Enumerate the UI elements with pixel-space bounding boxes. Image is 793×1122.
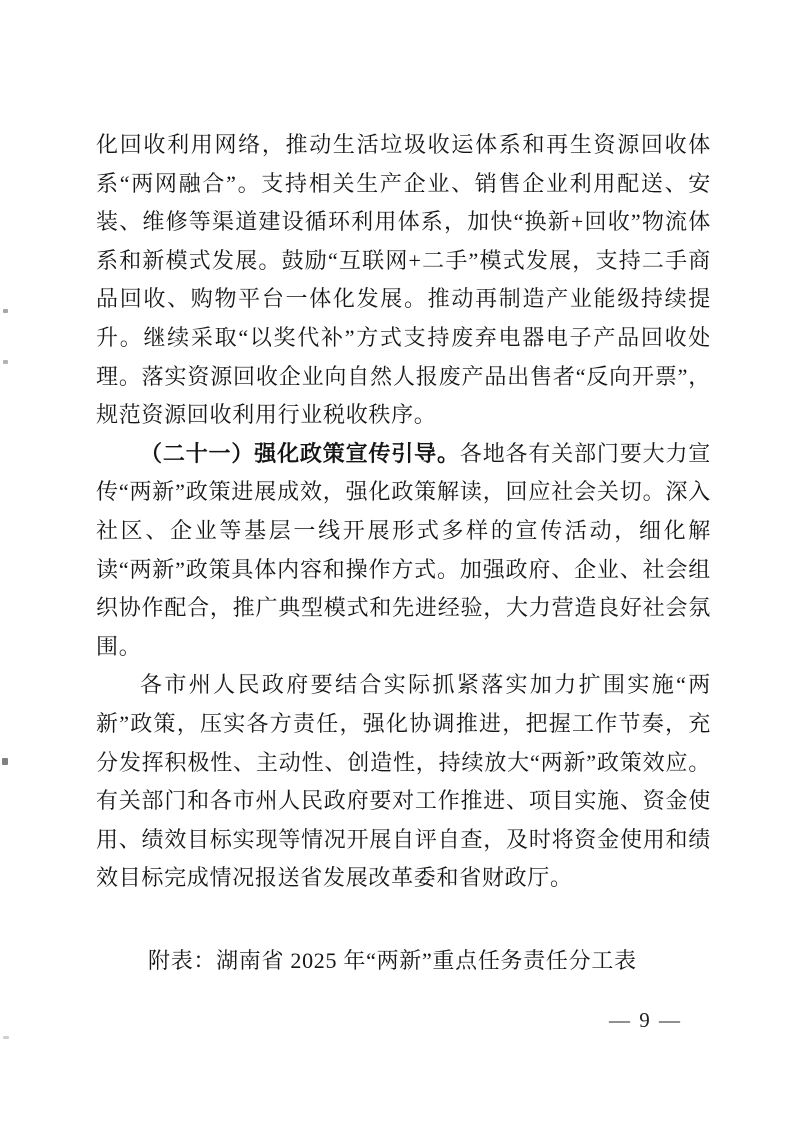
document-page: 化回收利用网络，推动生活垃圾收运体系和再生资源回收体系“两网融合”。支持相关生产… xyxy=(0,0,793,1122)
paragraph-recycling-continued: 化回收利用网络，推动生活垃圾收运体系和再生资源回收体系“两网融合”。支持相关生产… xyxy=(96,126,711,435)
paragraph-implementation: 各市州人民政府要结合实际抓紧落实加力扩围实施“两新”政策，压实各方责任，强化协调… xyxy=(96,666,711,898)
scan-artifact xyxy=(3,309,8,313)
paragraph-text: 化回收利用网络，推动生活垃圾收运体系和再生资源回收体系“两网融合”。支持相关生产… xyxy=(96,132,711,427)
scan-artifact xyxy=(3,1036,9,1039)
section-heading: （二十一）强化政策宣传引导。 xyxy=(140,441,460,466)
scan-artifact xyxy=(2,758,8,765)
scan-artifact xyxy=(3,360,8,364)
attachment-note: 附表：湖南省 2025 年“两新”重点任务责任分工表 xyxy=(96,942,711,981)
page-number: — 9 — xyxy=(609,1008,682,1033)
paragraph-section-21: （二十一）强化政策宣传引导。各地各有关部门要大力宣传“两新”政策进展成效，强化政… xyxy=(96,435,711,667)
paragraph-text: 各市州人民政府要结合实际抓紧落实加力扩围实施“两新”政策，压实各方责任，强化协调… xyxy=(96,672,711,890)
paragraph-text: 各地各有关部门要大力宣传“两新”政策进展成效，强化政策解读，回应社会关切。深入社… xyxy=(96,441,711,659)
document-body: 化回收利用网络，推动生活垃圾收运体系和再生资源回收体系“两网融合”。支持相关生产… xyxy=(96,126,711,980)
